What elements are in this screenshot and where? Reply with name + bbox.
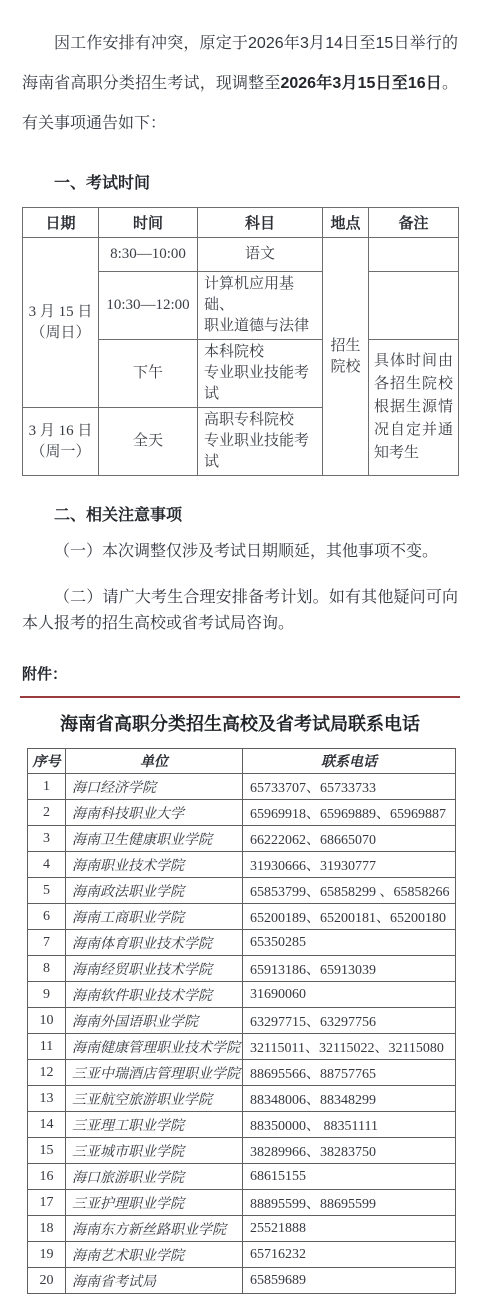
location-cell: 招生 院校 — [323, 238, 369, 476]
date-march15-line1: 3 月 15 日 — [27, 302, 94, 323]
date-march15-cell: 3 月 15 日 （周日） — [23, 238, 99, 408]
row-phone-numbers: 65733707、65733733 — [243, 774, 456, 800]
row-serial-number: 6 — [28, 904, 66, 930]
exam-table-header-row: 日期 时间 科目 地点 备注 — [23, 208, 459, 238]
notice-document: 因工作安排有冲突，原定于2026年3月14日至15日举行的海南省高职分类招生考试… — [0, 0, 480, 1300]
row-serial-number: 3 — [28, 826, 66, 852]
exam-schedule-table: 日期 时间 科目 地点 备注 3 月 15 日 （周日） 8:30—10:00 … — [22, 207, 459, 476]
note1-paragraph: （一）本次调整仅涉及考试日期顺延，其他事项不变。 — [22, 539, 458, 565]
time-allday-cell: 全天 — [99, 408, 198, 476]
row-unit-name: 三亚护理职业学院 — [66, 1190, 243, 1216]
location-line1: 招生 — [327, 336, 364, 357]
subject-computer-cell: 计算机应用基础、 职业道德与法律 — [198, 272, 323, 340]
table-row: 15 三亚城市职业学院 38289966、38283750 — [28, 1138, 456, 1164]
row-serial-number: 7 — [28, 930, 66, 956]
table-row: 18 海南东方新丝路职业学院 25521888 — [28, 1216, 456, 1242]
table-row: 3 海南卫生健康职业学院 66222062、68665070 — [28, 826, 456, 852]
exam-row-chinese: 3 月 15 日 （周日） 8:30—10:00 语文 招生 院校 — [23, 238, 459, 272]
date-march16-line1: 3 月 16 日 — [27, 421, 94, 442]
row-phone-numbers: 65859689 — [243, 1268, 456, 1294]
row-unit-name: 海南工商职业学院 — [66, 904, 243, 930]
time-morning1-cell: 8:30—10:00 — [99, 238, 198, 272]
table-row: 20 海南省考试局 65859689 — [28, 1268, 456, 1294]
row-unit-name: 海南软件职业技术学院 — [66, 982, 243, 1008]
row-phone-numbers: 88895599、88695599 — [243, 1190, 456, 1216]
table-row: 12 三亚中瑞酒店管理职业学院 88695566、88757765 — [28, 1060, 456, 1086]
remark-empty-cell-2 — [369, 272, 459, 340]
row-serial-number: 14 — [28, 1112, 66, 1138]
contact-table-title: 海南省高职分类招生高校及省考试局联系电话 — [22, 710, 458, 736]
row-unit-name: 海南东方新丝路职业学院 — [66, 1216, 243, 1242]
row-serial-number: 18 — [28, 1216, 66, 1242]
row-unit-name: 三亚航空旅游职业学院 — [66, 1086, 243, 1112]
row-phone-numbers: 63297715、63297756 — [243, 1008, 456, 1034]
table-row: 1 海口经济学院 65733707、65733733 — [28, 774, 456, 800]
row-phone-numbers: 25521888 — [243, 1216, 456, 1242]
attachment-divider-line — [20, 696, 460, 698]
section1-heading: 一、考试时间 — [22, 170, 458, 193]
remark-empty-cell-1 — [369, 238, 459, 272]
subject-undergrad-line1: 本科院校 — [204, 342, 318, 363]
row-serial-number: 9 — [28, 982, 66, 1008]
row-phone-numbers: 66222062、68665070 — [243, 826, 456, 852]
table-row: 10 海南外国语职业学院 63297715、63297756 — [28, 1008, 456, 1034]
row-unit-name: 海南体育职业技术学院 — [66, 930, 243, 956]
row-phone-numbers: 38289966、38283750 — [243, 1138, 456, 1164]
row-unit-name: 海南艺术职业学院 — [66, 1242, 243, 1268]
table-row: 4 海南职业技术学院 31930666、31930777 — [28, 852, 456, 878]
table-row: 9 海南软件职业技术学院 31690060 — [28, 982, 456, 1008]
row-unit-name: 海南省考试局 — [66, 1268, 243, 1294]
date-march16-line2: （周一） — [27, 442, 94, 463]
table-row: 5 海南政法职业学院 65853799、65858299 、65858266 — [28, 878, 456, 904]
intro-paragraph: 因工作安排有冲突，原定于2026年3月14日至15日举行的海南省高职分类招生考试… — [22, 24, 458, 144]
table-row: 16 海口旅游职业学院 68615155 — [28, 1164, 456, 1190]
row-phone-numbers: 31930666、31930777 — [243, 852, 456, 878]
row-serial-number: 8 — [28, 956, 66, 982]
table-row: 19 海南艺术职业学院 65716232 — [28, 1242, 456, 1268]
date-march16-cell: 3 月 16 日 （周一） — [23, 408, 99, 476]
row-unit-name: 三亚中瑞酒店管理职业学院 — [66, 1060, 243, 1086]
row-serial-number: 20 — [28, 1268, 66, 1294]
row-phone-numbers: 65913186、65913039 — [243, 956, 456, 982]
row-unit-name: 海南卫生健康职业学院 — [66, 826, 243, 852]
subject-undergrad-line2: 专业职业技能考试 — [204, 363, 318, 405]
time-morning2-cell: 10:30—12:00 — [99, 272, 198, 340]
row-phone-numbers: 31690060 — [243, 982, 456, 1008]
table-row: 17 三亚护理职业学院 88895599、88695599 — [28, 1190, 456, 1216]
row-serial-number: 16 — [28, 1164, 66, 1190]
row-serial-number: 1 — [28, 774, 66, 800]
row-unit-name: 海口经济学院 — [66, 774, 243, 800]
table-row: 11 海南健康管理职业技术学院 32115011、32115022、321150… — [28, 1034, 456, 1060]
table-row: 2 海南科技职业大学 65969918、65969889、65969887 — [28, 800, 456, 826]
table-row: 14 三亚理工职业学院 88350000、 88351111 — [28, 1112, 456, 1138]
intro-adjusted-dates: 2026年3月15日至16日 — [280, 75, 441, 92]
row-phone-numbers: 65350285 — [243, 930, 456, 956]
subject-undergrad-cell: 本科院校 专业职业技能考试 — [198, 340, 323, 408]
date-march15-line2: （周日） — [27, 323, 94, 344]
note2-paragraph: （二）请广大考生合理安排备考计划。如有其他疑问可向本人报考的招生高校或省考试局咨… — [22, 585, 458, 637]
contact-table-body: 1 海口经济学院 65733707、65733733 2 海南科技职业大学 65… — [28, 774, 456, 1294]
subject-vocational-line1: 高职专科院校 — [204, 410, 318, 431]
row-unit-name: 海南经贸职业技术学院 — [66, 956, 243, 982]
row-serial-number: 2 — [28, 800, 66, 826]
contact-table-header-row: 序号 单位 联系电话 — [28, 749, 456, 774]
row-unit-name: 海口旅游职业学院 — [66, 1164, 243, 1190]
row-unit-name: 三亚城市职业学院 — [66, 1138, 243, 1164]
contact-table: 序号 单位 联系电话 1 海口经济学院 65733707、65733733 2 … — [27, 748, 456, 1294]
table-row: 8 海南经贸职业技术学院 65913186、65913039 — [28, 956, 456, 982]
row-unit-name: 海南健康管理职业技术学院 — [66, 1034, 243, 1060]
row-phone-numbers: 88350000、 88351111 — [243, 1112, 456, 1138]
row-serial-number: 11 — [28, 1034, 66, 1060]
row-serial-number: 15 — [28, 1138, 66, 1164]
subject-computer-line1: 计算机应用基础、 — [204, 274, 318, 316]
row-phone-numbers: 88695566、88757765 — [243, 1060, 456, 1086]
header-unit: 单位 — [66, 749, 243, 774]
row-serial-number: 19 — [28, 1242, 66, 1268]
row-phone-numbers: 88348006、88348299 — [243, 1086, 456, 1112]
row-phone-numbers: 65853799、65858299 、65858266 — [243, 878, 456, 904]
table-row: 7 海南体育职业技术学院 65350285 — [28, 930, 456, 956]
row-phone-numbers: 32115011、32115022、32115080 — [243, 1034, 456, 1060]
row-phone-numbers: 65200189、65200181、65200180 — [243, 904, 456, 930]
row-phone-numbers: 68615155 — [243, 1164, 456, 1190]
row-serial-number: 10 — [28, 1008, 66, 1034]
header-date: 日期 — [23, 208, 99, 238]
subject-chinese-cell: 语文 — [198, 238, 323, 272]
header-time: 时间 — [99, 208, 198, 238]
row-serial-number: 17 — [28, 1190, 66, 1216]
header-serial-number: 序号 — [28, 749, 66, 774]
row-unit-name: 海南政法职业学院 — [66, 878, 243, 904]
row-phone-numbers: 65716232 — [243, 1242, 456, 1268]
section2-heading: 二、相关注意事项 — [22, 502, 458, 525]
row-serial-number: 5 — [28, 878, 66, 904]
row-serial-number: 4 — [28, 852, 66, 878]
table-row: 13 三亚航空旅游职业学院 88348006、88348299 — [28, 1086, 456, 1112]
time-afternoon-cell: 下午 — [99, 340, 198, 408]
subject-vocational-line2: 专业职业技能考试 — [204, 431, 318, 473]
location-line2: 院校 — [327, 357, 364, 378]
row-unit-name: 海南科技职业大学 — [66, 800, 243, 826]
header-phone: 联系电话 — [243, 749, 456, 774]
row-phone-numbers: 65969918、65969889、65969887 — [243, 800, 456, 826]
header-subject: 科目 — [198, 208, 323, 238]
attachment-label: 附件： — [22, 663, 458, 684]
row-unit-name: 海南外国语职业学院 — [66, 1008, 243, 1034]
row-unit-name: 海南职业技术学院 — [66, 852, 243, 878]
row-unit-name: 三亚理工职业学院 — [66, 1112, 243, 1138]
row-serial-number: 12 — [28, 1060, 66, 1086]
subject-vocational-cell: 高职专科院校 专业职业技能考试 — [198, 408, 323, 476]
table-row: 6 海南工商职业学院 65200189、65200181、65200180 — [28, 904, 456, 930]
subject-computer-line2: 职业道德与法律 — [204, 316, 318, 337]
remark-note-cell: 具体时间由各招生院校根据生源情况自定并通知考生 — [369, 340, 459, 476]
header-remark: 备注 — [369, 208, 459, 238]
header-location: 地点 — [323, 208, 369, 238]
row-serial-number: 13 — [28, 1086, 66, 1112]
